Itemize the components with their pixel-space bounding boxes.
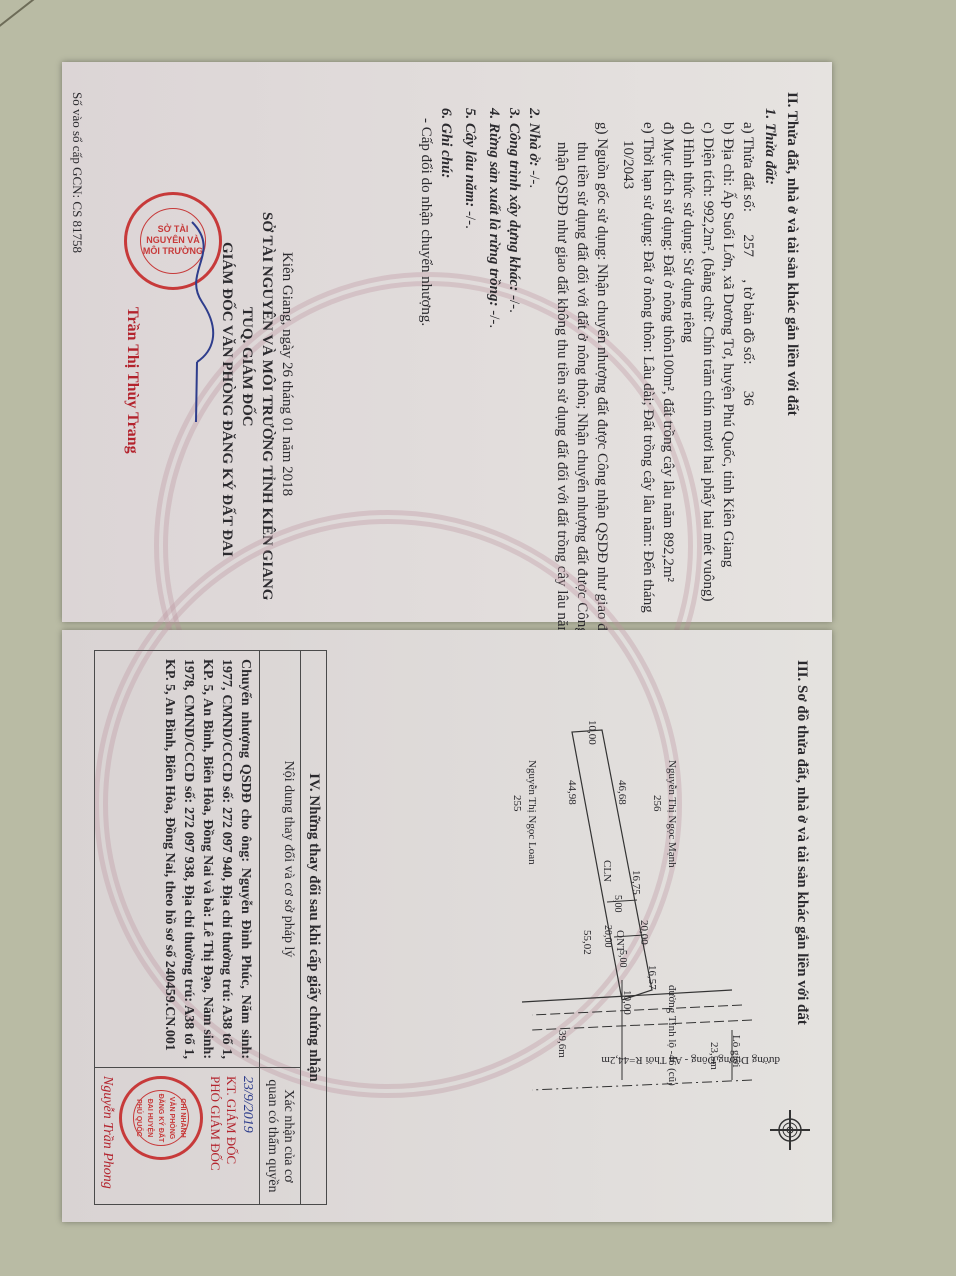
neighbor-top-name: Nguyễn Thị Ngọc Mạnh — [662, 760, 682, 868]
label: 3. Công trình xây dựng khác: — [506, 108, 522, 291]
section-ii-title: II. Thửa đất, nhà ở và tài sản khác gắn … — [782, 92, 802, 416]
floor-crack — [0, 0, 139, 42]
address-value: Ấp Suối Lớn, xã Dương Tơ, huyện Phú Quốc… — [720, 190, 736, 567]
parcel-number-value: 257 — [738, 216, 758, 276]
item-planted-forest: 4. Rừng sản xuất là rừng trồng: -/-. — [484, 108, 504, 328]
confirm-title-1: KT. GIÁM ĐỐC — [223, 1076, 239, 1196]
notes-text: - Cấp đổi do nhận chuyển nhượng. — [416, 118, 436, 326]
section-iii-title: III. Sơ đồ thửa đất, nhà ở và tài sản kh… — [792, 660, 812, 1025]
label: 2. Nhà ở: — [526, 108, 542, 166]
official-stamp-right: CHI NHÁNH VĂN PHÒNG ĐĂNG KÝ ĐẤT ĐAI HUYỆ… — [119, 1076, 203, 1160]
registry-number: Số vào sổ cấp GCN: CS 81758 — [67, 92, 87, 253]
item-notes: 6. Ghi chú: — [436, 108, 456, 178]
value: -/-. — [486, 310, 502, 328]
subsection-land-parcel: 1. Thửa đất: — [760, 108, 780, 185]
item-perennial-trees: 5. Cây lâu năm: -/-. — [460, 108, 480, 229]
section-iv-title: IV. Những thay đổi sau khi cấp giấy chứn… — [301, 651, 327, 1205]
edge-16-75: 16,75 — [626, 870, 646, 895]
page-section-iii-iv: III. Sơ đồ thửa đất, nhà ở và tài sản kh… — [62, 630, 832, 1222]
col-header-confirmation: Xác nhận của cơ quan có thẩm quyền — [260, 1068, 301, 1205]
road-main-label: đường Dương Đông - An Thới R=44,2m — [601, 1050, 780, 1070]
confirm-title-2: PHÓ GIÁM ĐỐC — [207, 1076, 223, 1196]
field-area: c) Diện tích: 992,2m², (bằng chữ: Chín t… — [698, 122, 718, 601]
page-section-ii: II. Thửa đất, nhà ở và tài sản khác gắn … — [62, 62, 832, 622]
zone-ont: ONT — [610, 930, 630, 953]
field-origin-line3: nhận QSDĐ như giao đất không thu tiền sử… — [552, 142, 572, 638]
usage-term-end: 10/2043 — [618, 140, 638, 189]
item-other-construction: 3. Công trình xây dựng khác: -/-. — [504, 108, 524, 313]
width-right: 10,00 — [617, 990, 637, 1015]
edge-44-98: 44,98 — [562, 780, 582, 805]
neighbor-bottom-name: Nguyễn Thị Ngọc Loan — [522, 760, 542, 865]
label: a) Thửa đất số: — [740, 122, 756, 212]
field-usage-form: d) Hình thức sử dụng: Sử dụng riêng — [678, 122, 698, 343]
signature-left — [172, 212, 232, 432]
field-address: b) Địa chỉ: Ấp Suối Lớn, xã Dương Tơ, hu… — [718, 122, 738, 567]
label: 5. Cây lâu năm: — [462, 108, 478, 207]
label: c) Diện tích: — [700, 122, 716, 197]
label: b) Địa chỉ: — [720, 122, 736, 186]
confirm-date: 23/9/2019 — [239, 1076, 255, 1196]
value: -/-. — [462, 211, 478, 229]
area-value: 992,2m², (bằng chữ: Chín trăm chín mươi … — [700, 201, 716, 602]
ont-width-1: 5,00 — [607, 895, 627, 913]
north-arrow-compass-icon — [770, 1110, 810, 1150]
usage-purpose-value: Đất ở nông thôn100m², đất trồng cây lâu … — [660, 255, 676, 582]
value: -/-. — [526, 170, 542, 188]
land-certificate-spread: II. Thửa đất, nhà ở và tài sản khác gắn … — [62, 62, 832, 1222]
map-sheet-value: 36 — [738, 368, 758, 428]
change-content: Chuyển nhượng QSDĐ cho ông: Nguyễn Đình … — [95, 651, 260, 1068]
changes-table: IV. Những thay đổi sau khi cấp giấy chứn… — [94, 650, 327, 1205]
issuing-org: SỞ TÀI NGUYÊN VÀ MÔI TRƯỜNG TỈNH KIÊN GI… — [257, 212, 277, 600]
zone-cln: CLN — [597, 860, 617, 882]
field-origin-line1: g) Nguồn gốc sử dụng: Nhận chuyển nhượng… — [592, 122, 612, 659]
confirmation-cell: 23/9/2019 KT. GIÁM ĐỐC PHÓ GIÁM ĐỐC CHI … — [95, 1068, 260, 1205]
label: 6. Ghi chú: — [438, 108, 454, 178]
dist-39-6: 39,6m — [552, 1030, 572, 1058]
label: e) Thời hạn sử dụng: — [640, 122, 656, 247]
edge-16-57: 16,57 — [642, 965, 662, 990]
label: 4. Rừng sản xuất là rừng trồng: — [486, 108, 502, 306]
field-usage-term: e) Thời hạn sử dụng: Đất ở nông thôn: Lâ… — [638, 122, 658, 613]
neighbor-top-parcel: 256 — [647, 795, 667, 812]
signer-name-right: Nguyễn Trần Phong — [99, 1076, 115, 1196]
label: đ) Mục đích sử dụng: — [660, 122, 676, 251]
road-secondary-label: đường Tỉnh lộ -46 (cũ) — [662, 985, 682, 1086]
lo-gioi-label: Lộ giới — [726, 1035, 746, 1067]
width-left: 10,00 — [582, 720, 602, 745]
edge-20-00: 20,00 — [634, 920, 654, 945]
edge-55-02: 55,02 — [577, 930, 597, 955]
neighbor-bottom-parcel: 255 — [507, 795, 527, 812]
field-usage-purpose: đ) Mục đích sử dụng: Đất ở nông thôn100m… — [658, 122, 678, 582]
dist-23-5: 23,5m — [704, 1042, 724, 1070]
field-origin-line2: thu tiền sử dụng đất đối với đất ở nông … — [572, 142, 592, 635]
col-header-content: Nội dung thay đổi và cơ sở pháp lý — [260, 651, 301, 1068]
authority-line: TUQ. GIÁM ĐỐC — [237, 307, 257, 427]
usage-term-value: Đất ở nông thôn: Lâu dài; Đất trồng cây … — [640, 251, 656, 613]
stamp-text: CHI NHÁNH VĂN PHÒNG ĐĂNG KÝ ĐẤT ĐAI HUYỆ… — [134, 1091, 189, 1146]
edge-46-68: 46,68 — [612, 780, 632, 805]
item-house: 2. Nhà ở: -/-. — [524, 108, 544, 188]
value: -/-. — [506, 295, 522, 313]
usage-form-value: Sử dụng riêng — [680, 258, 696, 343]
signer-name-left: Trần Thị Thùy Trang — [122, 307, 142, 454]
label: , tờ bản đồ số: — [740, 279, 756, 364]
field-parcel-number: a) Thửa đất số: 257 , tờ bản đồ số: 36 — [738, 122, 758, 428]
place-date: Kiên Giang, ngày 26 tháng 01 năm 2018 — [277, 252, 297, 496]
label: d) Hình thức sử dụng: — [680, 122, 696, 254]
